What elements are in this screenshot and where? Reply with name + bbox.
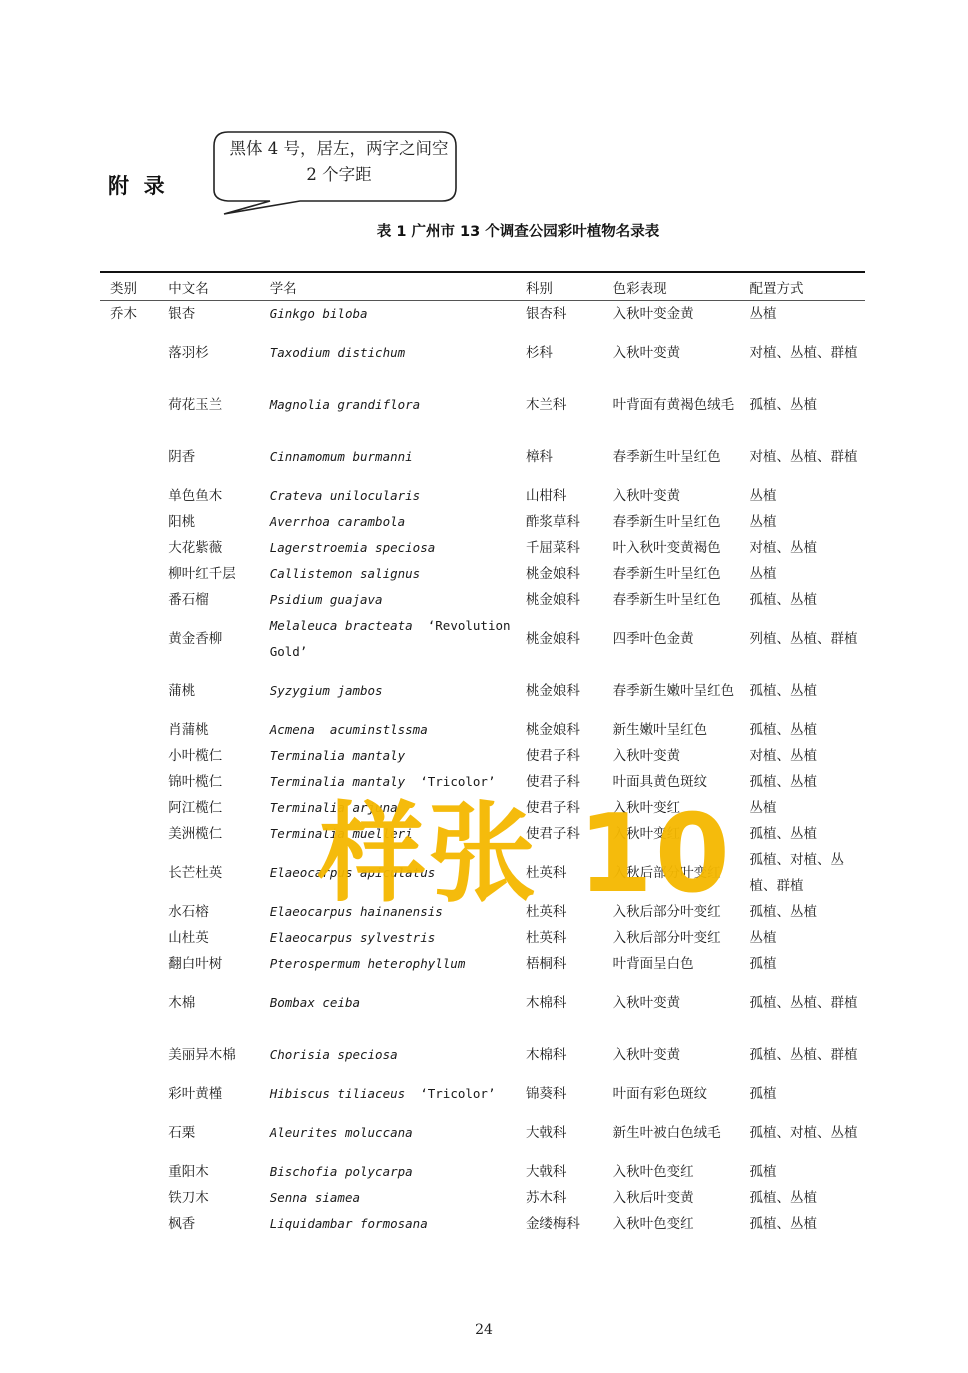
scientific-binomial: Elaeocarpus apiculatus — [270, 865, 436, 880]
header-chinese-name: 中文名 — [168, 272, 269, 301]
table-row: 水石榕Elaeocarpus hainanensis杜英科入秋后部分叶变红孤植、… — [100, 899, 865, 925]
cell-configuration: 丛植 — [750, 925, 866, 951]
cell-configuration: 对植、丛植、群植 — [750, 431, 866, 483]
cell-chinese-name: 铁刀木 — [168, 1185, 269, 1211]
cell-color-expression: 入秋叶变黄 — [613, 977, 750, 1029]
cell-scientific-name: Terminalia mantaly — [270, 743, 526, 769]
scientific-binomial: Syzygium jambos — [270, 683, 383, 698]
cell-chinese-name: 黄金香柳 — [168, 613, 269, 665]
cell-chinese-name: 水石榕 — [168, 899, 269, 925]
cell-category — [100, 587, 168, 613]
cell-family: 桃金娘科 — [526, 561, 613, 587]
cell-configuration: 孤植 — [750, 951, 866, 977]
cell-configuration: 丛植 — [750, 301, 866, 328]
scientific-binomial: Senna siamea — [270, 1190, 360, 1205]
table-row: 落羽杉Taxodium distichum杉科入秋叶变黄对植、丛植、群植 — [100, 327, 865, 379]
cell-chinese-name: 石栗 — [168, 1107, 269, 1159]
scientific-binomial: Melaleuca bracteata — [270, 618, 413, 633]
cell-chinese-name: 翻白叶树 — [168, 951, 269, 977]
cell-category — [100, 327, 168, 379]
callout-text: 黑体 4 号，居左，两字之间空 2 个字距 — [222, 136, 456, 188]
cell-configuration: 孤植、丛植、群植 — [750, 1029, 866, 1081]
header-category: 类别 — [100, 272, 168, 301]
cell-chinese-name: 阿江榄仁 — [168, 795, 269, 821]
scientific-binomial: Bombax ceiba — [270, 995, 360, 1010]
table-row: 荷花玉兰Magnolia grandiflora木兰科叶背面有黄褐色绒毛孤植、丛… — [100, 379, 865, 431]
scientific-binomial: Ginkgo biloba — [270, 306, 368, 321]
cell-configuration: 孤植、丛植 — [750, 769, 866, 795]
cell-color-expression: 春季新生嫩叶呈红色 — [613, 665, 750, 717]
table-row: 石栗Aleurites moluccana大戟科新生叶被白色绒毛孤植、对植、丛植 — [100, 1107, 865, 1159]
table-row: 山杜英Elaeocarpus sylvestris杜英科入秋后部分叶变红丛植 — [100, 925, 865, 951]
cell-category — [100, 1211, 168, 1237]
cell-scientific-name: Terminalia muelleri — [270, 821, 526, 847]
scientific-binomial: Crateva unilocularis — [270, 488, 421, 503]
cell-scientific-name: Bombax ceiba — [270, 977, 526, 1029]
cell-configuration: 孤植、丛植 — [750, 1211, 866, 1237]
cell-chinese-name: 银杏 — [168, 301, 269, 328]
table-row: 乔木银杏Ginkgo biloba银杏科入秋叶变金黄丛植 — [100, 301, 865, 328]
cell-scientific-name: Terminalia mantaly ‘Tricolor’ — [270, 769, 526, 795]
cell-family: 使君子科 — [526, 821, 613, 847]
cell-configuration: 孤植、对植、丛植 — [750, 1107, 866, 1159]
cell-family: 使君子科 — [526, 795, 613, 821]
scientific-binomial: Terminalia mantaly — [270, 774, 405, 789]
cell-configuration: 丛植 — [750, 483, 866, 509]
cell-family: 杜英科 — [526, 925, 613, 951]
cell-color-expression: 入秋叶变金黄 — [613, 301, 750, 328]
cell-scientific-name: Aleurites moluccana — [270, 1107, 526, 1159]
cell-category — [100, 561, 168, 587]
cell-category — [100, 847, 168, 899]
cell-scientific-name: Terminalia arjuna — [270, 795, 526, 821]
cell-family: 木兰科 — [526, 379, 613, 431]
cell-family: 木棉科 — [526, 977, 613, 1029]
table-row: 蒲桃Syzygium jambos桃金娘科春季新生嫩叶呈红色孤植、丛植 — [100, 665, 865, 717]
cell-color-expression: 新生嫩叶呈红色 — [613, 717, 750, 743]
cell-category — [100, 977, 168, 1029]
cell-family: 杉科 — [526, 327, 613, 379]
cell-category — [100, 509, 168, 535]
cell-scientific-name: Elaeocarpus apiculatus — [270, 847, 526, 899]
cell-category — [100, 1107, 168, 1159]
header-scientific-name: 学名 — [270, 272, 526, 301]
cell-category — [100, 769, 168, 795]
header-color-expression: 色彩表现 — [613, 272, 750, 301]
cell-color-expression: 入秋叶色变红 — [613, 1211, 750, 1237]
table-row: 木棉Bombax ceiba木棉科入秋叶变黄孤植、丛植、群植 — [100, 977, 865, 1029]
cell-color-expression: 入秋后部分叶变红 — [613, 925, 750, 951]
scientific-binomial: Terminalia mantaly — [270, 748, 405, 763]
cell-family: 桃金娘科 — [526, 613, 613, 665]
cell-category — [100, 665, 168, 717]
table-row: 锦叶榄仁Terminalia mantaly ‘Tricolor’使君子科叶面具… — [100, 769, 865, 795]
cell-family: 木棉科 — [526, 1029, 613, 1081]
cell-scientific-name: Acmena acuminstlssma — [270, 717, 526, 743]
cell-color-expression: 入秋叶变红 — [613, 821, 750, 847]
table-row: 阴香Cinnamomum burmanni樟科春季新生叶呈红色对植、丛植、群植 — [100, 431, 865, 483]
cell-scientific-name: Cinnamomum burmanni — [270, 431, 526, 483]
cell-configuration: 孤植、丛植 — [750, 587, 866, 613]
cell-category — [100, 717, 168, 743]
cell-family: 桃金娘科 — [526, 587, 613, 613]
cell-category — [100, 613, 168, 665]
cell-chinese-name: 木棉 — [168, 977, 269, 1029]
cell-category — [100, 483, 168, 509]
cell-category — [100, 743, 168, 769]
cell-chinese-name: 单色鱼木 — [168, 483, 269, 509]
cell-scientific-name: Elaeocarpus sylvestris — [270, 925, 526, 951]
cell-scientific-name: Bischofia polycarpa — [270, 1159, 526, 1185]
cell-scientific-name: Liquidambar formosana — [270, 1211, 526, 1237]
cell-color-expression: 四季叶色金黄 — [613, 613, 750, 665]
table-row: 美丽异木棉Chorisia speciosa木棉科入秋叶变黄孤植、丛植、群植 — [100, 1029, 865, 1081]
cell-color-expression: 入秋后叶变黄 — [613, 1185, 750, 1211]
cell-chinese-name: 小叶榄仁 — [168, 743, 269, 769]
cell-family: 大戟科 — [526, 1107, 613, 1159]
cell-family: 金缕梅科 — [526, 1211, 613, 1237]
cell-color-expression: 叶背面有黄褐色绒毛 — [613, 379, 750, 431]
cell-chinese-name: 柳叶红千层 — [168, 561, 269, 587]
cell-category — [100, 951, 168, 977]
cell-color-expression: 入秋后部分叶变红 — [613, 899, 750, 925]
cell-scientific-name: Taxodium distichum — [270, 327, 526, 379]
cell-scientific-name: Crateva unilocularis — [270, 483, 526, 509]
scientific-binomial: Averrhoa carambola — [270, 514, 405, 529]
cell-scientific-name: Senna siamea — [270, 1185, 526, 1211]
cell-category — [100, 795, 168, 821]
cell-chinese-name: 阴香 — [168, 431, 269, 483]
cell-category — [100, 899, 168, 925]
cell-chinese-name: 蒲桃 — [168, 665, 269, 717]
table-row: 黄金香柳Melaleuca bracteata ‘Revolution Gold… — [100, 613, 865, 665]
table-row: 重阳木Bischofia polycarpa大戟科入秋叶色变红孤植 — [100, 1159, 865, 1185]
scientific-binomial: Elaeocarpus hainanensis — [270, 904, 443, 919]
cell-scientific-name: Psidium guajava — [270, 587, 526, 613]
cell-family: 使君子科 — [526, 769, 613, 795]
cell-scientific-name: Syzygium jambos — [270, 665, 526, 717]
cell-configuration: 孤植 — [750, 1081, 866, 1107]
scientific-binomial: Pterospermum heterophyllum — [270, 956, 466, 971]
cell-family: 千屈菜科 — [526, 535, 613, 561]
cell-color-expression: 叶背面呈白色 — [613, 951, 750, 977]
cell-family: 银杏科 — [526, 301, 613, 328]
cell-chinese-name: 荷花玉兰 — [168, 379, 269, 431]
table-row: 枫香Liquidambar formosana金缕梅科入秋叶色变红孤植、丛植 — [100, 1211, 865, 1237]
cell-configuration: 对植、丛植 — [750, 743, 866, 769]
cell-scientific-name: Ginkgo biloba — [270, 301, 526, 328]
cell-family: 大戟科 — [526, 1159, 613, 1185]
scientific-binomial: Acmena acuminstlssma — [270, 722, 428, 737]
cell-chinese-name: 大花紫薇 — [168, 535, 269, 561]
cell-configuration: 孤植、丛植 — [750, 1185, 866, 1211]
table-caption: 表 1 广州市 13 个调查公园彩叶植物名录表 — [0, 220, 968, 241]
cell-color-expression: 入秋后部分叶变红 — [613, 847, 750, 899]
cell-category — [100, 379, 168, 431]
table-row: 番石榴Psidium guajava桃金娘科春季新生叶呈红色孤植、丛植 — [100, 587, 865, 613]
cell-color-expression: 新生叶被白色绒毛 — [613, 1107, 750, 1159]
cell-chinese-name: 长芒杜英 — [168, 847, 269, 899]
cell-chinese-name: 彩叶黄槿 — [168, 1081, 269, 1107]
header-configuration: 配置方式 — [750, 272, 866, 301]
cell-color-expression: 入秋叶变黄 — [613, 1029, 750, 1081]
cell-color-expression: 春季新生叶呈红色 — [613, 587, 750, 613]
cell-configuration: 对植、丛植、群植 — [750, 327, 866, 379]
cultivar-name: ‘Tricolor’ — [420, 1086, 495, 1101]
cell-configuration: 列植、丛植、群植 — [750, 613, 866, 665]
cell-color-expression: 入秋叶变红 — [613, 795, 750, 821]
cell-family: 桃金娘科 — [526, 717, 613, 743]
cell-chinese-name: 美洲榄仁 — [168, 821, 269, 847]
cell-category — [100, 821, 168, 847]
cell-category — [100, 1081, 168, 1107]
cell-category — [100, 431, 168, 483]
cell-scientific-name: Melaleuca bracteata ‘Revolution Gold’ — [270, 613, 526, 665]
table-row: 大花紫薇Lagerstroemia speciosa千屈菜科叶入秋叶变黄褐色对植… — [100, 535, 865, 561]
scientific-binomial: Lagerstroemia speciosa — [270, 540, 436, 555]
cell-color-expression: 春季新生叶呈红色 — [613, 561, 750, 587]
cell-family: 杜英科 — [526, 847, 613, 899]
cell-configuration: 孤植、丛植 — [750, 665, 866, 717]
cell-scientific-name: Callistemon salignus — [270, 561, 526, 587]
scientific-binomial: Psidium guajava — [270, 592, 383, 607]
cell-color-expression: 春季新生叶呈红色 — [613, 509, 750, 535]
cell-scientific-name: Elaeocarpus hainanensis — [270, 899, 526, 925]
cell-family: 锦葵科 — [526, 1081, 613, 1107]
cell-configuration: 丛植 — [750, 795, 866, 821]
cell-configuration: 孤植、丛植 — [750, 717, 866, 743]
cell-configuration: 孤植 — [750, 1159, 866, 1185]
cell-family: 樟科 — [526, 431, 613, 483]
cultivar-name: ‘Tricolor’ — [420, 774, 495, 789]
cell-family: 桃金娘科 — [526, 665, 613, 717]
cell-family: 杜英科 — [526, 899, 613, 925]
scientific-binomial: Callistemon salignus — [270, 566, 421, 581]
cell-color-expression: 入秋叶色变红 — [613, 1159, 750, 1185]
cell-scientific-name: Pterospermum heterophyllum — [270, 951, 526, 977]
cell-chinese-name: 山杜英 — [168, 925, 269, 951]
cell-color-expression: 入秋叶变黄 — [613, 743, 750, 769]
cell-family: 山柑科 — [526, 483, 613, 509]
cell-category: 乔木 — [100, 301, 168, 328]
scientific-binomial: Bischofia polycarpa — [270, 1164, 413, 1179]
cell-chinese-name: 肖蒲桃 — [168, 717, 269, 743]
cell-category — [100, 1185, 168, 1211]
cell-chinese-name: 枫香 — [168, 1211, 269, 1237]
scientific-binomial: Elaeocarpus sylvestris — [270, 930, 436, 945]
cell-configuration: 丛植 — [750, 509, 866, 535]
table-row: 阿江榄仁Terminalia arjuna使君子科入秋叶变红丛植 — [100, 795, 865, 821]
scientific-binomial: Aleurites moluccana — [270, 1125, 413, 1140]
cell-family: 苏木科 — [526, 1185, 613, 1211]
scientific-binomial: Magnolia grandiflora — [270, 397, 421, 412]
table-row: 阳桃Averrhoa carambola酢浆草科春季新生叶呈红色丛植 — [100, 509, 865, 535]
table-row: 长芒杜英Elaeocarpus apiculatus杜英科入秋后部分叶变红孤植、… — [100, 847, 865, 899]
cell-chinese-name: 落羽杉 — [168, 327, 269, 379]
cell-configuration: 孤植、丛植、群植 — [750, 977, 866, 1029]
callout-note: 黑体 4 号，居左，两字之间空 2 个字距 — [210, 128, 460, 214]
cell-color-expression: 叶面具黄色斑纹 — [613, 769, 750, 795]
cell-scientific-name: Lagerstroemia speciosa — [270, 535, 526, 561]
cell-family: 使君子科 — [526, 743, 613, 769]
page-number: 24 — [0, 1322, 968, 1338]
table-row: 柳叶红千层Callistemon salignus桃金娘科春季新生叶呈红色丛植 — [100, 561, 865, 587]
table-caption-text: 表 1 广州市 13 个调查公园彩叶植物名录表 — [377, 224, 659, 240]
table-row: 铁刀木Senna siamea苏木科入秋后叶变黄孤植、丛植 — [100, 1185, 865, 1211]
scientific-binomial: Taxodium distichum — [270, 345, 405, 360]
cell-configuration: 孤植、对植、丛植、群植 — [750, 847, 866, 899]
cell-category — [100, 925, 168, 951]
table-row: 美洲榄仁Terminalia muelleri使君子科入秋叶变红孤植、丛植 — [100, 821, 865, 847]
scientific-binomial: Chorisia speciosa — [270, 1047, 398, 1062]
appendix-heading: 附 录 — [108, 170, 165, 200]
table-row: 翻白叶树Pterospermum heterophyllum梧桐科叶背面呈白色孤… — [100, 951, 865, 977]
cell-color-expression: 叶入秋叶变黄褐色 — [613, 535, 750, 561]
table-row: 肖蒲桃Acmena acuminstlssma桃金娘科新生嫩叶呈红色孤植、丛植 — [100, 717, 865, 743]
cell-color-expression: 入秋叶变黄 — [613, 327, 750, 379]
cell-color-expression: 春季新生叶呈红色 — [613, 431, 750, 483]
table-body: 乔木银杏Ginkgo biloba银杏科入秋叶变金黄丛植落羽杉Taxodium … — [100, 301, 865, 1238]
cell-category — [100, 1029, 168, 1081]
cell-scientific-name: Hibiscus tiliaceus ‘Tricolor’ — [270, 1081, 526, 1107]
cell-scientific-name: Averrhoa carambola — [270, 509, 526, 535]
plant-list-table: 类别 中文名 学名 科别 色彩表现 配置方式 乔木银杏Ginkgo biloba… — [100, 271, 865, 1237]
header-family: 科别 — [526, 272, 613, 301]
cell-chinese-name: 美丽异木棉 — [168, 1029, 269, 1081]
cell-configuration: 孤植、丛植 — [750, 899, 866, 925]
cell-chinese-name: 重阳木 — [168, 1159, 269, 1185]
scientific-binomial: Hibiscus tiliaceus — [270, 1086, 405, 1101]
cell-configuration: 孤植、丛植 — [750, 821, 866, 847]
scientific-binomial: Terminalia muelleri — [270, 826, 413, 841]
table-row: 小叶榄仁Terminalia mantaly使君子科入秋叶变黄对植、丛植 — [100, 743, 865, 769]
cell-chinese-name: 番石榴 — [168, 587, 269, 613]
cell-category — [100, 1159, 168, 1185]
table-row: 彩叶黄槿Hibiscus tiliaceus ‘Tricolor’锦葵科叶面有彩… — [100, 1081, 865, 1107]
cell-color-expression: 叶面有彩色斑纹 — [613, 1081, 750, 1107]
cell-configuration: 对植、丛植 — [750, 535, 866, 561]
cell-configuration: 孤植、丛植 — [750, 379, 866, 431]
cell-scientific-name: Magnolia grandiflora — [270, 379, 526, 431]
cell-chinese-name: 阳桃 — [168, 509, 269, 535]
cell-family: 梧桐科 — [526, 951, 613, 977]
scientific-binomial: Terminalia arjuna — [270, 800, 398, 815]
table-row: 单色鱼木Crateva unilocularis山柑科入秋叶变黄丛植 — [100, 483, 865, 509]
cell-family: 酢浆草科 — [526, 509, 613, 535]
cell-configuration: 丛植 — [750, 561, 866, 587]
cell-category — [100, 535, 168, 561]
cell-scientific-name: Chorisia speciosa — [270, 1029, 526, 1081]
scientific-binomial: Cinnamomum burmanni — [270, 449, 413, 464]
table-header-row: 类别 中文名 学名 科别 色彩表现 配置方式 — [100, 272, 865, 301]
cell-color-expression: 入秋叶变黄 — [613, 483, 750, 509]
scientific-binomial: Liquidambar formosana — [270, 1216, 428, 1231]
cell-chinese-name: 锦叶榄仁 — [168, 769, 269, 795]
